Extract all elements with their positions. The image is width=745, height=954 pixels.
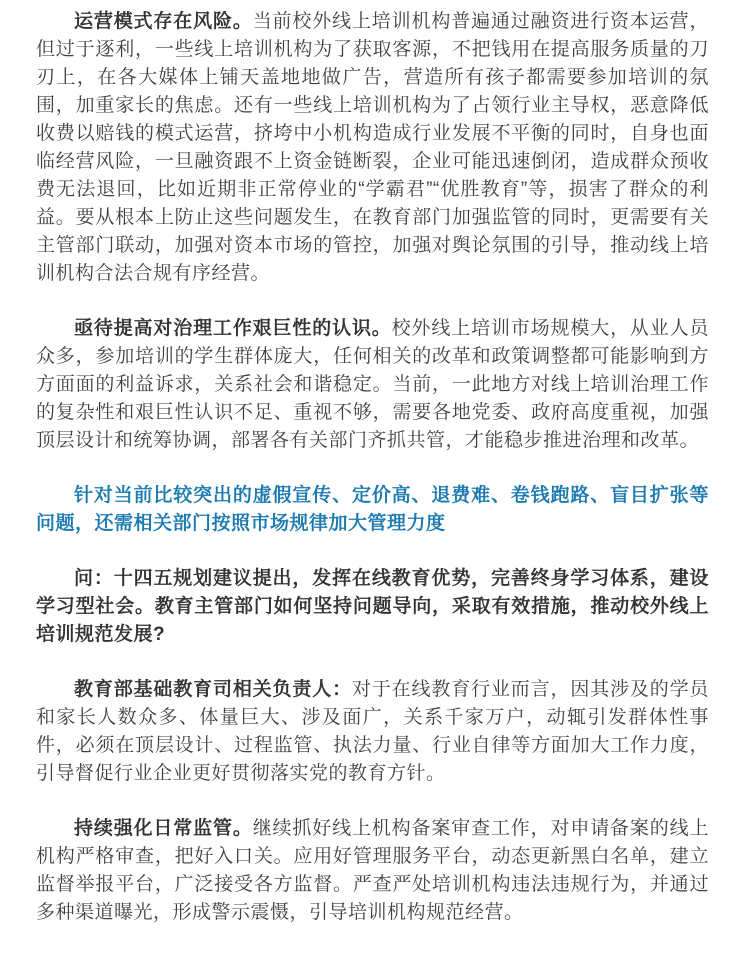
paragraph-highlight-blue: 针对当前比较突出的虚假宣传、定价高、退费难、卷钱跑路、盲目扩张等问题，还需相关部… — [36, 482, 709, 538]
paragraph-lead: 教育部基础教育司相关负责人： — [74, 679, 352, 700]
paragraph-operating-model-risk: 运营模式存在风险。当前校外线上培训机构普遍通过融资进行资本运营，但过于逐利，一些… — [36, 8, 709, 288]
paragraph-lead: 运营模式存在风险。 — [74, 11, 253, 32]
paragraph-daily-supervision: 持续强化日常监管。继续抓好线上机构备案审查工作，对申请备案的线上机构严格审查，把… — [36, 815, 709, 927]
paragraph-lead: 持续强化日常监管。 — [74, 818, 253, 839]
paragraph-governance-difficulty: 亟待提高对治理工作艰巨性的认识。校外线上培训市场规模大，从业人员众多，参加培训的… — [36, 315, 709, 455]
paragraph-text: 当前校外线上培训机构普遍通过融资进行资本运营，但过于逐利，一些线上培训机构为了获… — [36, 11, 709, 284]
paragraph-lead: 亟待提高对治理工作艰巨性的认识。 — [74, 318, 392, 339]
paragraph-official-answer: 教育部基础教育司相关负责人：对于在线教育行业而言，因其涉及的学员和家长人数众多、… — [36, 676, 709, 788]
paragraph-question: 问：十四五规划建议提出，发挥在线教育优势，完善终身学习体系，建设学习型社会。教育… — [36, 565, 709, 649]
article-body: 运营模式存在风险。当前校外线上培训机构普遍通过融资进行资本运营，但过于逐利，一些… — [0, 0, 745, 927]
paragraph-text: 问：十四五规划建议提出，发挥在线教育优势，完善终身学习体系，建设学习型社会。教育… — [36, 568, 709, 645]
paragraph-text: 针对当前比较突出的虚假宣传、定价高、退费难、卷钱跑路、盲目扩张等问题，还需相关部… — [36, 485, 709, 534]
